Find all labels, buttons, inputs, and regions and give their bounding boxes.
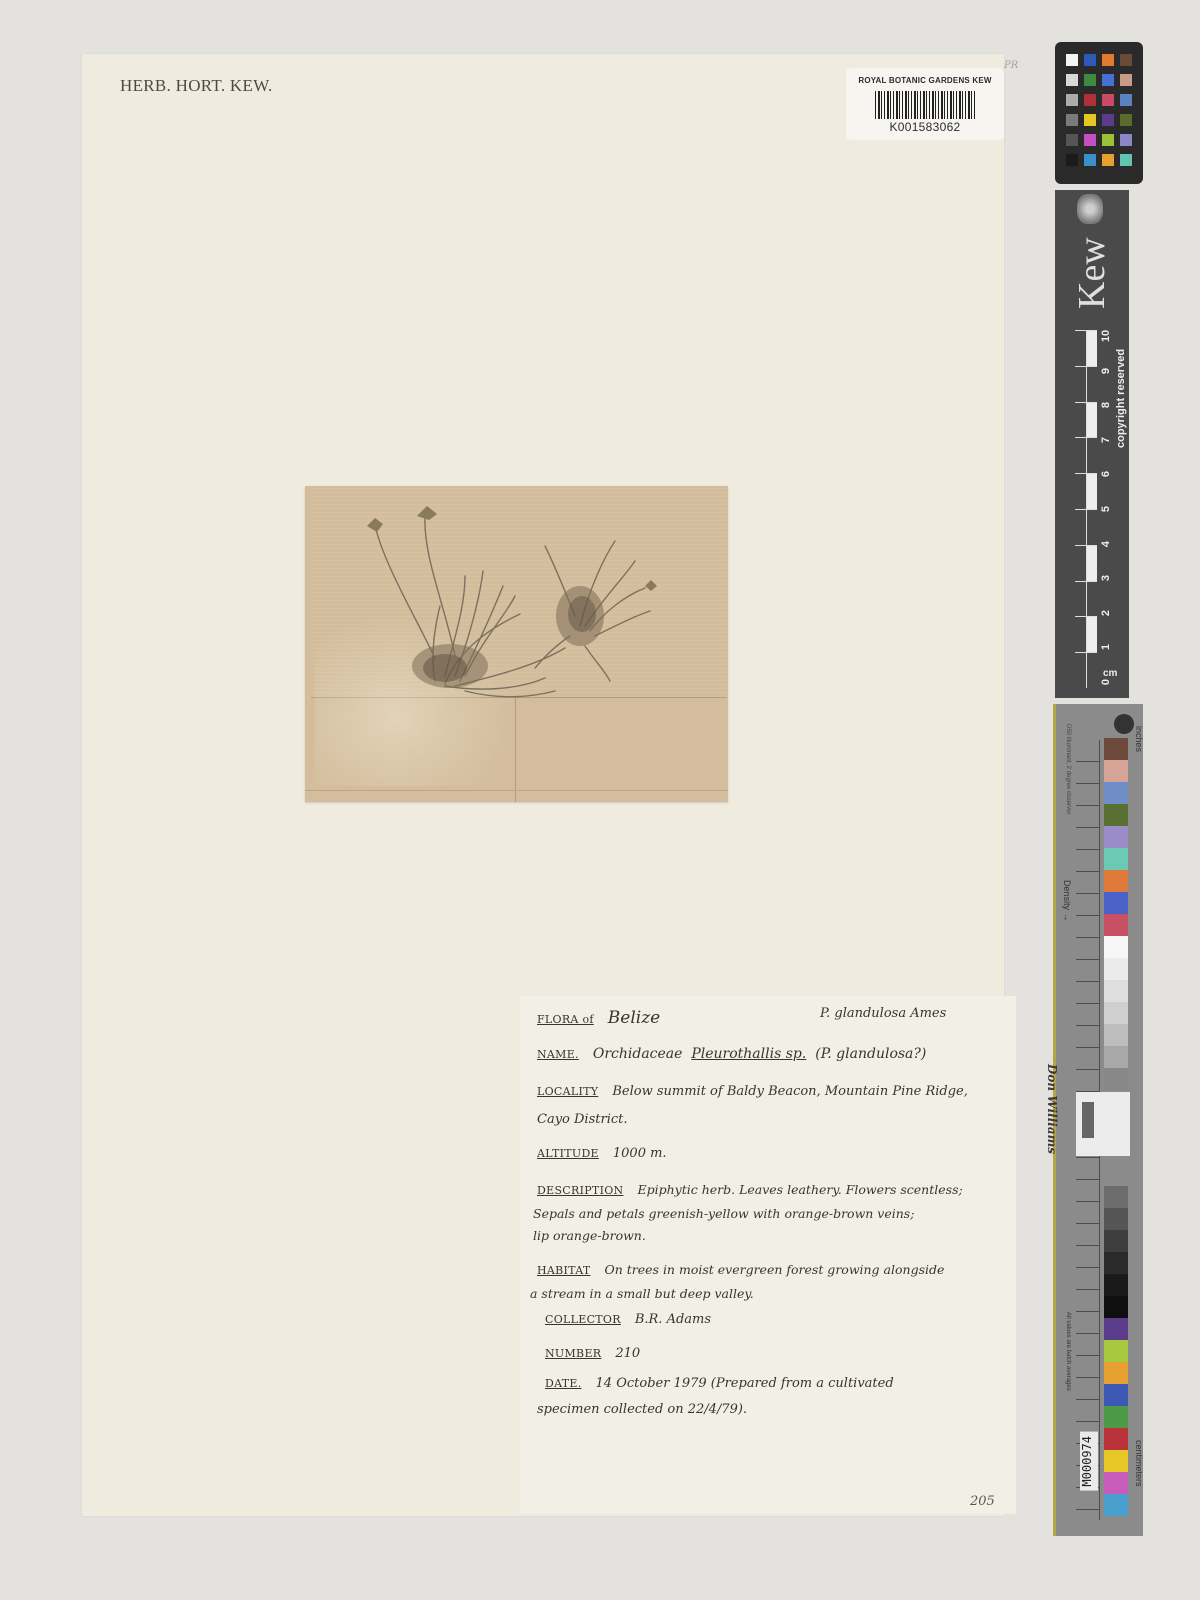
- target-avg-label: All values are batch averages: [1065, 1312, 1071, 1391]
- ruler-number: 8: [1100, 398, 1112, 412]
- target-patch: [1104, 1024, 1128, 1046]
- label-value-flora: Belize: [608, 1008, 660, 1028]
- target-patch: [1104, 936, 1128, 958]
- target-patch: [1104, 1384, 1128, 1406]
- label-name-family: Orchidaceae: [593, 1046, 683, 1062]
- ruler-number: 5: [1100, 502, 1112, 516]
- label-key-name: NAME.: [537, 1048, 579, 1061]
- label-date-line2: specimen collected on 22/4/79).: [537, 1402, 747, 1417]
- label-description-line2: Sepals and petals greenish-yellow with o…: [533, 1206, 914, 1221]
- color-swatch: [1102, 74, 1114, 86]
- label-habitat-row: HABITATOn trees in moist evergreen fores…: [537, 1262, 944, 1277]
- target-patch: [1104, 804, 1128, 826]
- cm-ruler-numbers: 0 1 2 3 4 5 6 7 8 9 10: [1099, 330, 1113, 688]
- label-key-habitat: HABITAT: [537, 1264, 590, 1277]
- target-patch: [1104, 1406, 1128, 1428]
- institution-name: ROYAL BOTANIC GARDENS KEW: [858, 76, 991, 85]
- color-swatch: [1120, 154, 1132, 166]
- label-key-locality: LOCALITY: [537, 1085, 598, 1098]
- color-swatch: [1102, 114, 1114, 126]
- color-swatch: [1102, 134, 1114, 146]
- specimen-packet: [305, 486, 728, 802]
- kew-crest-icon: [1077, 194, 1103, 224]
- target-patch: [1104, 1046, 1128, 1068]
- label-collector-row: COLLECTORB.R. Adams: [545, 1312, 711, 1327]
- label-key-altitude: ALTITUDE: [537, 1147, 599, 1160]
- target-patch: [1104, 1274, 1128, 1296]
- ruler-unit: cm: [1103, 668, 1117, 679]
- label-determination: P. glandulosa Ames: [820, 1006, 946, 1021]
- orchid-specimen-image: [305, 486, 728, 802]
- target-cm-label: centimeters: [1134, 1440, 1144, 1487]
- color-swatch: [1102, 154, 1114, 166]
- target-patch: [1104, 1208, 1128, 1230]
- target-patch: [1104, 782, 1128, 804]
- ruler-number: 10: [1100, 329, 1112, 343]
- label-key-description: DESCRIPTION: [537, 1184, 623, 1197]
- target-patch: [1104, 1186, 1128, 1208]
- label-habitat-line1: On trees in moist evergreen forest growi…: [604, 1262, 944, 1277]
- target-patch: [1104, 1068, 1128, 1090]
- target-patch: [1104, 1472, 1128, 1494]
- color-swatch: [1120, 114, 1132, 126]
- label-habitat-line2: a stream in a small but deep valley.: [530, 1286, 754, 1301]
- color-swatch: [1084, 114, 1096, 126]
- barcode-label: ROYAL BOTANIC GARDENS KEW K001583062: [846, 68, 1004, 140]
- kew-cm-scale: Kew 0 1 2 3 4 5 6 7 8 9 10 copyright res…: [1055, 190, 1129, 698]
- label-altitude-row: ALTITUDE1000 m.: [537, 1146, 667, 1161]
- label-key-collector: COLLECTOR: [545, 1313, 621, 1326]
- color-swatch: [1084, 134, 1096, 146]
- target-patch: [1104, 1296, 1128, 1318]
- target-patch: [1104, 914, 1128, 936]
- barcode-number: K001583062: [889, 120, 960, 134]
- color-swatch: [1120, 54, 1132, 66]
- target-patch: [1104, 1318, 1128, 1340]
- target-id: M000974: [1080, 1432, 1098, 1491]
- color-swatch: [1066, 74, 1078, 86]
- label-key-flora: FLORA of: [537, 1013, 594, 1026]
- label-date-line1: 14 October 1979 (Prepared from a cultiva…: [596, 1376, 894, 1391]
- color-swatch: [1102, 94, 1114, 106]
- target-patch: [1104, 1340, 1128, 1362]
- target-patch: [1104, 1252, 1128, 1274]
- target-patch: [1104, 892, 1128, 914]
- target-patch: [1104, 1494, 1128, 1516]
- target-patch: [1104, 1002, 1128, 1024]
- color-swatch: [1066, 114, 1078, 126]
- ruler-number: 9: [1100, 364, 1112, 378]
- label-locality-line1: Below summit of Baldy Beacon, Mountain P…: [612, 1084, 968, 1099]
- target-patch: [1104, 760, 1128, 782]
- label-name-genus: Pleurothallis sp.: [691, 1046, 806, 1062]
- color-swatch: [1120, 134, 1132, 146]
- color-swatch: [1066, 134, 1078, 146]
- target-patch: [1104, 738, 1128, 760]
- target-illuminant-label: D50 Illuminant, 2 degree observer: [1065, 724, 1071, 814]
- label-locality-line2: Cayo District.: [537, 1112, 628, 1127]
- color-swatch: [1084, 94, 1096, 106]
- label-number-row: NUMBER210: [545, 1346, 640, 1361]
- label-key-date: DATE.: [545, 1377, 582, 1390]
- color-checker-chart: [1055, 42, 1143, 184]
- herbarium-header: HERB. HORT. KEW.: [120, 76, 273, 96]
- target-patch: [1104, 1428, 1128, 1450]
- target-inches-label: inches: [1134, 726, 1144, 752]
- color-swatch: [1066, 54, 1078, 66]
- kew-wordmark: Kew: [1062, 243, 1122, 309]
- target-brand: Don Williams: [1045, 1064, 1059, 1154]
- barcode-icon: [875, 91, 975, 119]
- target-patch: [1104, 1450, 1128, 1472]
- cm-ruler: [1075, 330, 1097, 688]
- ruler-number: 4: [1100, 537, 1112, 551]
- target-density-label: Density →: [1062, 880, 1072, 922]
- label-description-line1: Epiphytic herb. Leaves leathery. Flowers…: [637, 1182, 962, 1197]
- ruler-number: 2: [1100, 606, 1112, 620]
- ruler-number: 3: [1100, 571, 1112, 585]
- label-description-row: DESCRIPTIONEpiphytic herb. Leaves leathe…: [537, 1182, 963, 1197]
- label-value-altitude: 1000 m.: [613, 1146, 667, 1161]
- pencil-annotation: PR: [1004, 60, 1018, 71]
- color-swatch: [1102, 54, 1114, 66]
- color-target-strip: D50 Illuminant, 2 degree observer Densit…: [1053, 704, 1143, 1536]
- color-swatch: [1120, 74, 1132, 86]
- label-name-row: NAME.Orchidaceae Pleurothallis sp. (P. g…: [537, 1046, 926, 1062]
- color-swatch: [1066, 154, 1078, 166]
- target-grey-box: [1076, 1092, 1130, 1156]
- collection-label: [520, 996, 1016, 1514]
- target-patch: [1104, 1230, 1128, 1252]
- copyright-notice: copyright reserved: [1115, 349, 1127, 448]
- color-swatch: [1084, 54, 1096, 66]
- label-locality-row: LOCALITYBelow summit of Baldy Beacon, Mo…: [537, 1084, 968, 1099]
- label-key-number: NUMBER: [545, 1347, 601, 1360]
- target-dot-icon: [1114, 714, 1134, 734]
- color-swatch: [1084, 154, 1096, 166]
- label-description-line3: lip orange-brown.: [533, 1228, 646, 1243]
- label-value-collector: B.R. Adams: [635, 1312, 711, 1327]
- color-swatch: [1084, 74, 1096, 86]
- label-name-alt: (P. glandulosa?): [815, 1046, 926, 1062]
- ruler-number: 1: [1100, 640, 1112, 654]
- ruler-number: 6: [1100, 467, 1112, 481]
- target-patch: [1104, 848, 1128, 870]
- sheet-number: 205: [970, 1494, 995, 1509]
- label-value-number: 210: [615, 1346, 640, 1361]
- target-patch: [1104, 980, 1128, 1002]
- label-date-row: DATE.14 October 1979 (Prepared from a cu…: [545, 1376, 894, 1391]
- color-swatch: [1066, 94, 1078, 106]
- target-patch: [1104, 870, 1128, 892]
- color-swatch: [1120, 94, 1132, 106]
- target-patch: [1104, 1362, 1128, 1384]
- label-flora-row: FLORA ofBelize: [537, 1008, 660, 1028]
- ruler-number: 7: [1100, 433, 1112, 447]
- target-patch: [1104, 958, 1128, 980]
- target-patch: [1104, 826, 1128, 848]
